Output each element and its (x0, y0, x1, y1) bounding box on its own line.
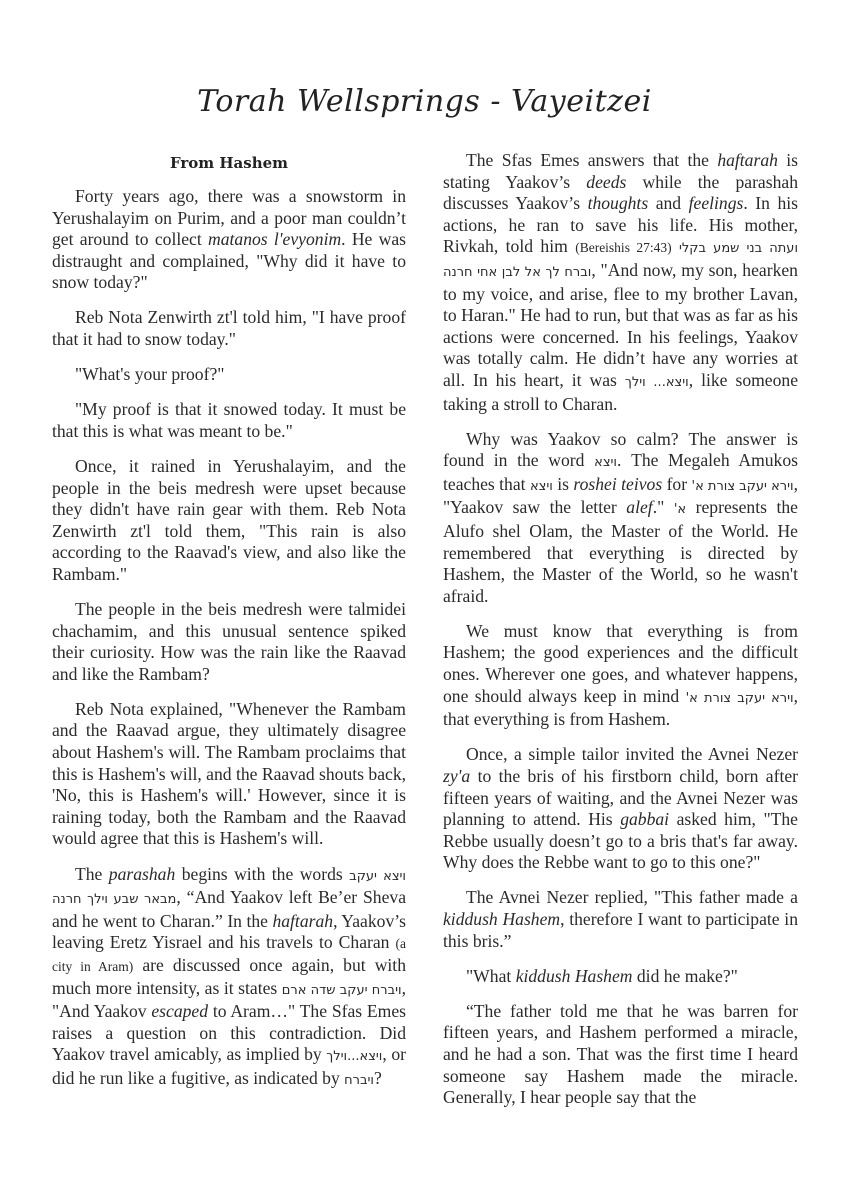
hebrew-word: ויצא (530, 479, 553, 494)
text-run: The Avnei Nezer replied, "This father ma… (466, 887, 798, 907)
paragraph: The parashah begins with the words ויצא … (52, 864, 406, 1092)
italic-term: zy'a (443, 766, 470, 786)
hebrew-quote: ויברח (344, 1073, 374, 1088)
paragraph: The Sfas Emes answers that the haftarah … (443, 150, 798, 415)
italic-term: feelings (689, 193, 744, 213)
text-run: for (662, 474, 691, 494)
paragraph: "What kiddush Hashem did he make?" (443, 966, 798, 988)
hebrew-word: ויצא (594, 455, 617, 470)
italic-term: alef (626, 497, 652, 517)
text-run: begins with the words (175, 864, 349, 884)
italic-term: kiddush Hashem (516, 966, 633, 986)
paragraph: Once, a simple tailor invited the Avnei … (443, 744, 798, 874)
italic-term: kiddush Hashem (443, 909, 560, 929)
italic-term: thoughts (588, 193, 649, 213)
text-run (672, 236, 679, 256)
text-run: ? (374, 1068, 382, 1088)
text-run: "What (466, 966, 516, 986)
left-column: From Hashem Forty years ago, there was a… (52, 152, 406, 1091)
hebrew-quote: ויברח יעקב שדה ארם (282, 983, 402, 998)
paragraph: The people in the beis medresh were talm… (52, 599, 406, 685)
source-citation: (Bereishis 27:43) (575, 240, 671, 255)
text-run: did he make?" (632, 966, 737, 986)
italic-term: parashah (109, 864, 175, 884)
hebrew-quote: וירא יעקב צורת א' (686, 691, 794, 706)
page-title: Torah Wellsprings - Vayeitzei (0, 84, 849, 119)
paragraph: Once, it rained in Yerushalayim, and the… (52, 456, 406, 586)
paragraph: Reb Nota explained, "Whenever the Rambam… (52, 699, 406, 850)
text-run: is (553, 474, 574, 494)
hebrew-quote: ויצא... וילך (625, 375, 689, 390)
italic-term: haftarah (717, 150, 778, 170)
paragraph: Why was Yaakov so calm? The answer is fo… (443, 429, 798, 608)
paragraph: Forty years ago, there was a snowstorm i… (52, 186, 406, 294)
paragraph: We must know that everything is from Has… (443, 621, 798, 731)
italic-term: escaped (151, 1001, 208, 1021)
hebrew-quote: ויצא...וילך (326, 1049, 382, 1064)
hebrew-quote: וירא יעקב צורת א' (692, 479, 794, 494)
right-column: The Sfas Emes answers that the haftarah … (443, 150, 798, 1109)
text-run: The Sfas Emes answers that the (466, 150, 717, 170)
italic-term: haftarah (272, 911, 333, 931)
text-run: Once, a simple tailor invited the Avnei … (466, 744, 798, 764)
paragraph: "What's your proof?" (52, 364, 406, 386)
text-run: The (75, 864, 109, 884)
italic-term: matanos l'evyonim (208, 229, 341, 249)
text-run: and (648, 193, 688, 213)
paragraph: The Avnei Nezer replied, "This father ma… (443, 887, 798, 952)
paragraph: “The father told me that he was barren f… (443, 1001, 798, 1109)
paragraph: "My proof is that it snowed today. It mu… (52, 399, 406, 442)
section-heading: From Hashem (52, 152, 406, 174)
hebrew-letter: א' (674, 502, 686, 517)
text-run: ." (653, 497, 674, 517)
italic-term: roshei teivos (573, 474, 662, 494)
italic-term: deeds (586, 172, 626, 192)
italic-term: gabbai (620, 809, 669, 829)
paragraph: Reb Nota Zenwirth zt'l told him, "I have… (52, 307, 406, 350)
